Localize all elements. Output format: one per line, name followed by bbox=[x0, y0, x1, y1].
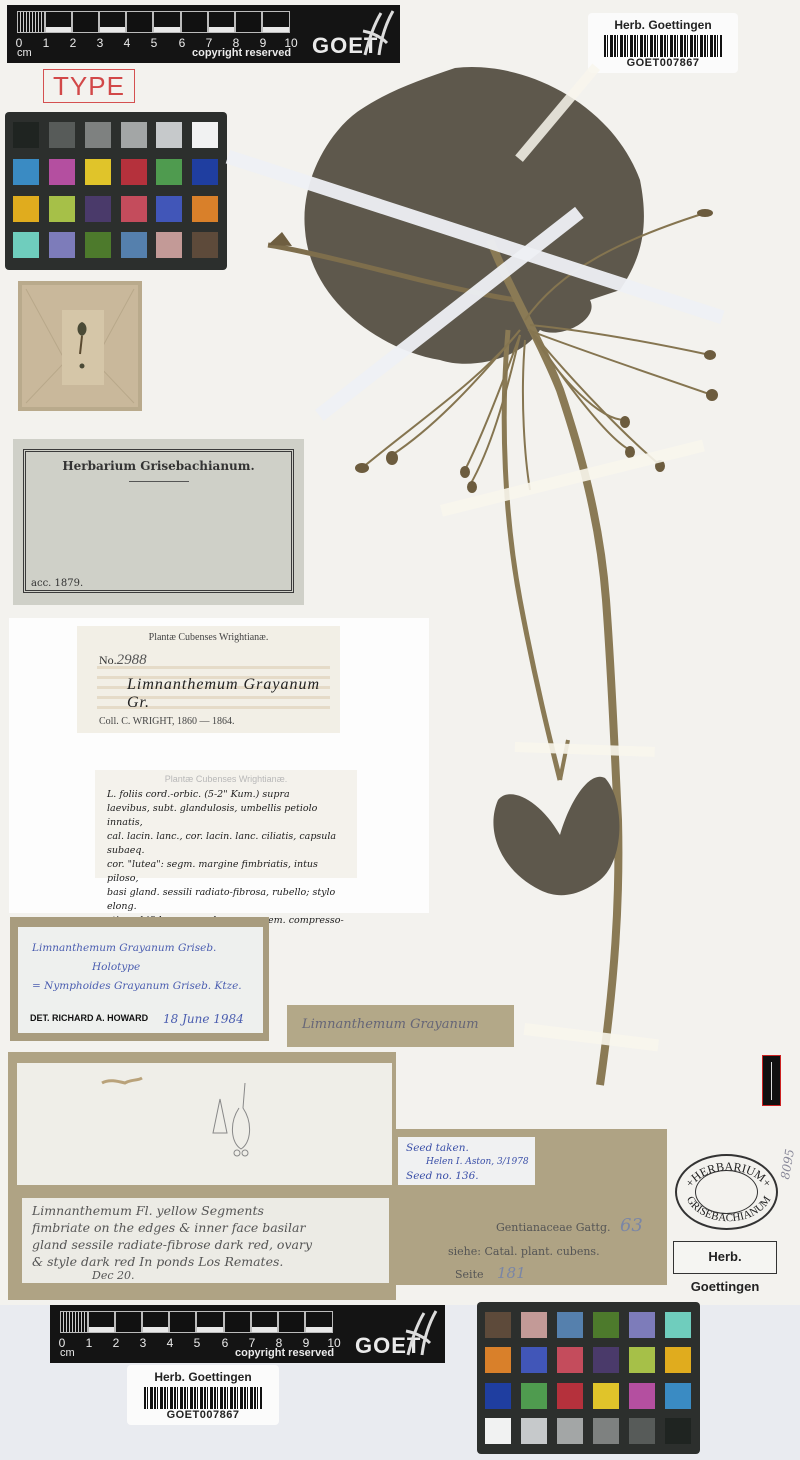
color-swatch bbox=[485, 1347, 511, 1373]
goet-logo-icon bbox=[402, 1309, 440, 1359]
barcode-id: GOET007867 bbox=[127, 1409, 279, 1421]
color-swatch bbox=[521, 1418, 547, 1444]
color-swatch bbox=[629, 1312, 655, 1338]
color-swatch bbox=[593, 1418, 619, 1444]
scale-ruler-bottom: 0 1 2 3 4 5 6 7 8 9 10 cm copyright rese… bbox=[50, 1305, 445, 1363]
color-swatch bbox=[629, 1383, 655, 1409]
color-calibration-card-bottom bbox=[477, 1302, 700, 1454]
color-swatch bbox=[521, 1347, 547, 1373]
color-swatch bbox=[665, 1312, 691, 1338]
floating-leaf-large bbox=[304, 67, 643, 364]
ruler-copyright: copyright reserved bbox=[235, 1347, 334, 1359]
color-swatch bbox=[557, 1418, 583, 1444]
barcode-label-bottom: Herb. Goettingen GOET007867 bbox=[127, 1365, 279, 1425]
ruler-scale-bar bbox=[60, 1311, 335, 1333]
color-swatch bbox=[629, 1347, 655, 1373]
color-swatch bbox=[485, 1312, 511, 1338]
color-swatch bbox=[557, 1383, 583, 1409]
color-swatch bbox=[665, 1347, 691, 1373]
ruler-unit: cm bbox=[60, 1347, 75, 1359]
color-swatch bbox=[665, 1383, 691, 1409]
color-swatch bbox=[629, 1418, 655, 1444]
color-swatch bbox=[557, 1347, 583, 1373]
plant-specimen bbox=[0, 0, 800, 1305]
color-swatch bbox=[521, 1312, 547, 1338]
color-swatch bbox=[485, 1418, 511, 1444]
color-swatch bbox=[557, 1312, 583, 1338]
barcode-icon bbox=[144, 1387, 262, 1409]
floating-leaf-small bbox=[493, 777, 619, 896]
color-swatch bbox=[593, 1383, 619, 1409]
barcode-title: Herb. Goettingen bbox=[127, 1365, 279, 1384]
color-swatch bbox=[521, 1383, 547, 1409]
color-swatch bbox=[593, 1347, 619, 1373]
color-swatch bbox=[665, 1418, 691, 1444]
color-swatch bbox=[593, 1312, 619, 1338]
color-swatch bbox=[485, 1383, 511, 1409]
